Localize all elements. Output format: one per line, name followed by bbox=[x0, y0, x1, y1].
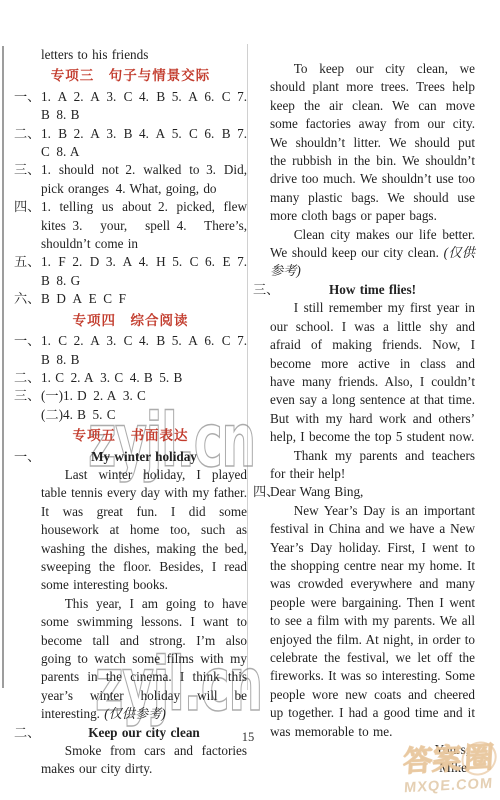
essay-continuation: To keep our city clean, we should plant … bbox=[253, 60, 475, 281]
letter-block: 四、 Dear Wang Bing, New Year’s Day is an … bbox=[253, 483, 475, 778]
item-marker: 四、 bbox=[253, 483, 279, 501]
page-edge-shadow bbox=[2, 46, 4, 688]
right-column: To keep our city clean, we should plant … bbox=[253, 60, 475, 778]
note-text: (仅供参考) bbox=[104, 706, 166, 721]
essay-paragraph: I still remember my first year in our sc… bbox=[270, 299, 475, 446]
essay-block: 二、 Keep our city clean Smoke from cars a… bbox=[14, 724, 247, 779]
answer-row: 三、 1. should not 2. walked to 3. Did, pi… bbox=[14, 161, 247, 198]
essay-paragraph: This year, I am going to have some swimm… bbox=[41, 595, 247, 724]
item-answers: 1. A 2. A 3. C 4. B 5. A 6. C 7. B 8. B bbox=[41, 89, 247, 122]
item-answers: 1. F 2. D 3. A 4. H 5. C 6. E 7. B 8. G bbox=[41, 254, 247, 287]
essay-block: 三、 How time flies! I still remember my f… bbox=[253, 281, 475, 483]
letter-signature: Mike bbox=[270, 759, 475, 777]
letter-closing: Yours, bbox=[270, 741, 475, 759]
logo-site-url: MXQE.COM bbox=[401, 776, 495, 797]
essay-paragraph: Clean city makes our life better. We sho… bbox=[270, 226, 475, 281]
item-answers: 1. should not 2. walked to 3. Did, pick … bbox=[41, 162, 247, 195]
item-marker: 一、 bbox=[14, 88, 40, 106]
item-marker: 二、 bbox=[14, 125, 40, 143]
item-answers: 1. C 2. A 3. C 4. B 5. B bbox=[41, 370, 182, 385]
page-number: 15 bbox=[235, 730, 261, 745]
essay-block: 一、 My winter holiday Last winter holiday… bbox=[14, 448, 247, 724]
item-answers: 1. telling us about 2. picked, flew kite… bbox=[41, 199, 247, 251]
essay-paragraph: Thank my parents and teachers for their … bbox=[270, 447, 475, 484]
answer-row: 二、 1. C 2. A 3. C 4. B 5. B bbox=[14, 369, 247, 387]
item-marker: 二、 bbox=[14, 724, 40, 742]
item-marker: 六、 bbox=[14, 290, 40, 308]
section-heading-5: 专项五 书面表达 bbox=[14, 427, 247, 445]
item-answers: 1. C 2. A 3. C 4. B 5. A 6. C 7. B 8. B bbox=[41, 333, 247, 366]
item-marker: 一、 bbox=[14, 332, 40, 350]
item-answers-line: (二)4. B 5. C bbox=[41, 406, 247, 424]
continuation-line: letters to his friends bbox=[14, 46, 247, 64]
letter-paragraph: New Year’s Day is an important festival … bbox=[270, 502, 475, 741]
essay-paragraph: Smoke from cars and factories makes our … bbox=[41, 742, 247, 779]
answer-row: 五、 1. F 2. D 3. A 4. H 5. C 6. E 7. B 8.… bbox=[14, 253, 247, 290]
item-answers: 1. B 2. A 3. B 4. A 5. C 6. B 7. C 8. A bbox=[41, 126, 247, 159]
item-marker: 一、 bbox=[14, 448, 40, 466]
item-marker: 三、 bbox=[14, 161, 40, 179]
answer-row: 一、 1. A 2. A 3. C 4. B 5. A 6. C 7. B 8.… bbox=[14, 88, 247, 125]
essay-title: Keep our city clean bbox=[41, 724, 247, 742]
answer-row: 三、 (一)1. D 2. A 3. C (二)4. B 5. C bbox=[14, 387, 247, 424]
item-answers-line: (一)1. D 2. A 3. C bbox=[41, 387, 247, 405]
section-heading-4: 专项四 综合阅读 bbox=[14, 312, 247, 330]
left-column: letters to his friends 专项三 句子与情景交际 一、 1.… bbox=[14, 46, 247, 779]
item-marker: 四、 bbox=[14, 198, 40, 216]
answer-row: 六、 B D A E C F bbox=[14, 290, 247, 308]
answer-row: 二、 1. B 2. A 3. B 4. A 5. C 6. B 7. C 8.… bbox=[14, 125, 247, 162]
item-marker: 三、 bbox=[14, 387, 40, 405]
answer-row: 一、 1. C 2. A 3. C 4. B 5. A 6. C 7. B 8.… bbox=[14, 332, 247, 369]
item-marker: 三、 bbox=[253, 281, 279, 299]
essay-title: My winter holiday bbox=[41, 448, 247, 466]
answer-row: 四、 1. telling us about 2. picked, flew k… bbox=[14, 198, 247, 253]
column-fold-line bbox=[247, 44, 248, 690]
section-heading-3: 专项三 句子与情景交际 bbox=[14, 67, 247, 85]
essay-title: How time flies! bbox=[270, 281, 475, 299]
item-answers: B D A E C F bbox=[41, 291, 126, 306]
essay-paragraph: To keep our city clean, we should plant … bbox=[270, 60, 475, 226]
letter-salutation: Dear Wang Bing, bbox=[270, 483, 475, 501]
paragraph-text: This year, I am going to have some swimm… bbox=[41, 596, 247, 721]
item-marker: 五、 bbox=[14, 253, 40, 271]
essay-paragraph: Last winter holiday, I played table tenn… bbox=[41, 466, 247, 595]
item-marker: 二、 bbox=[14, 369, 40, 387]
